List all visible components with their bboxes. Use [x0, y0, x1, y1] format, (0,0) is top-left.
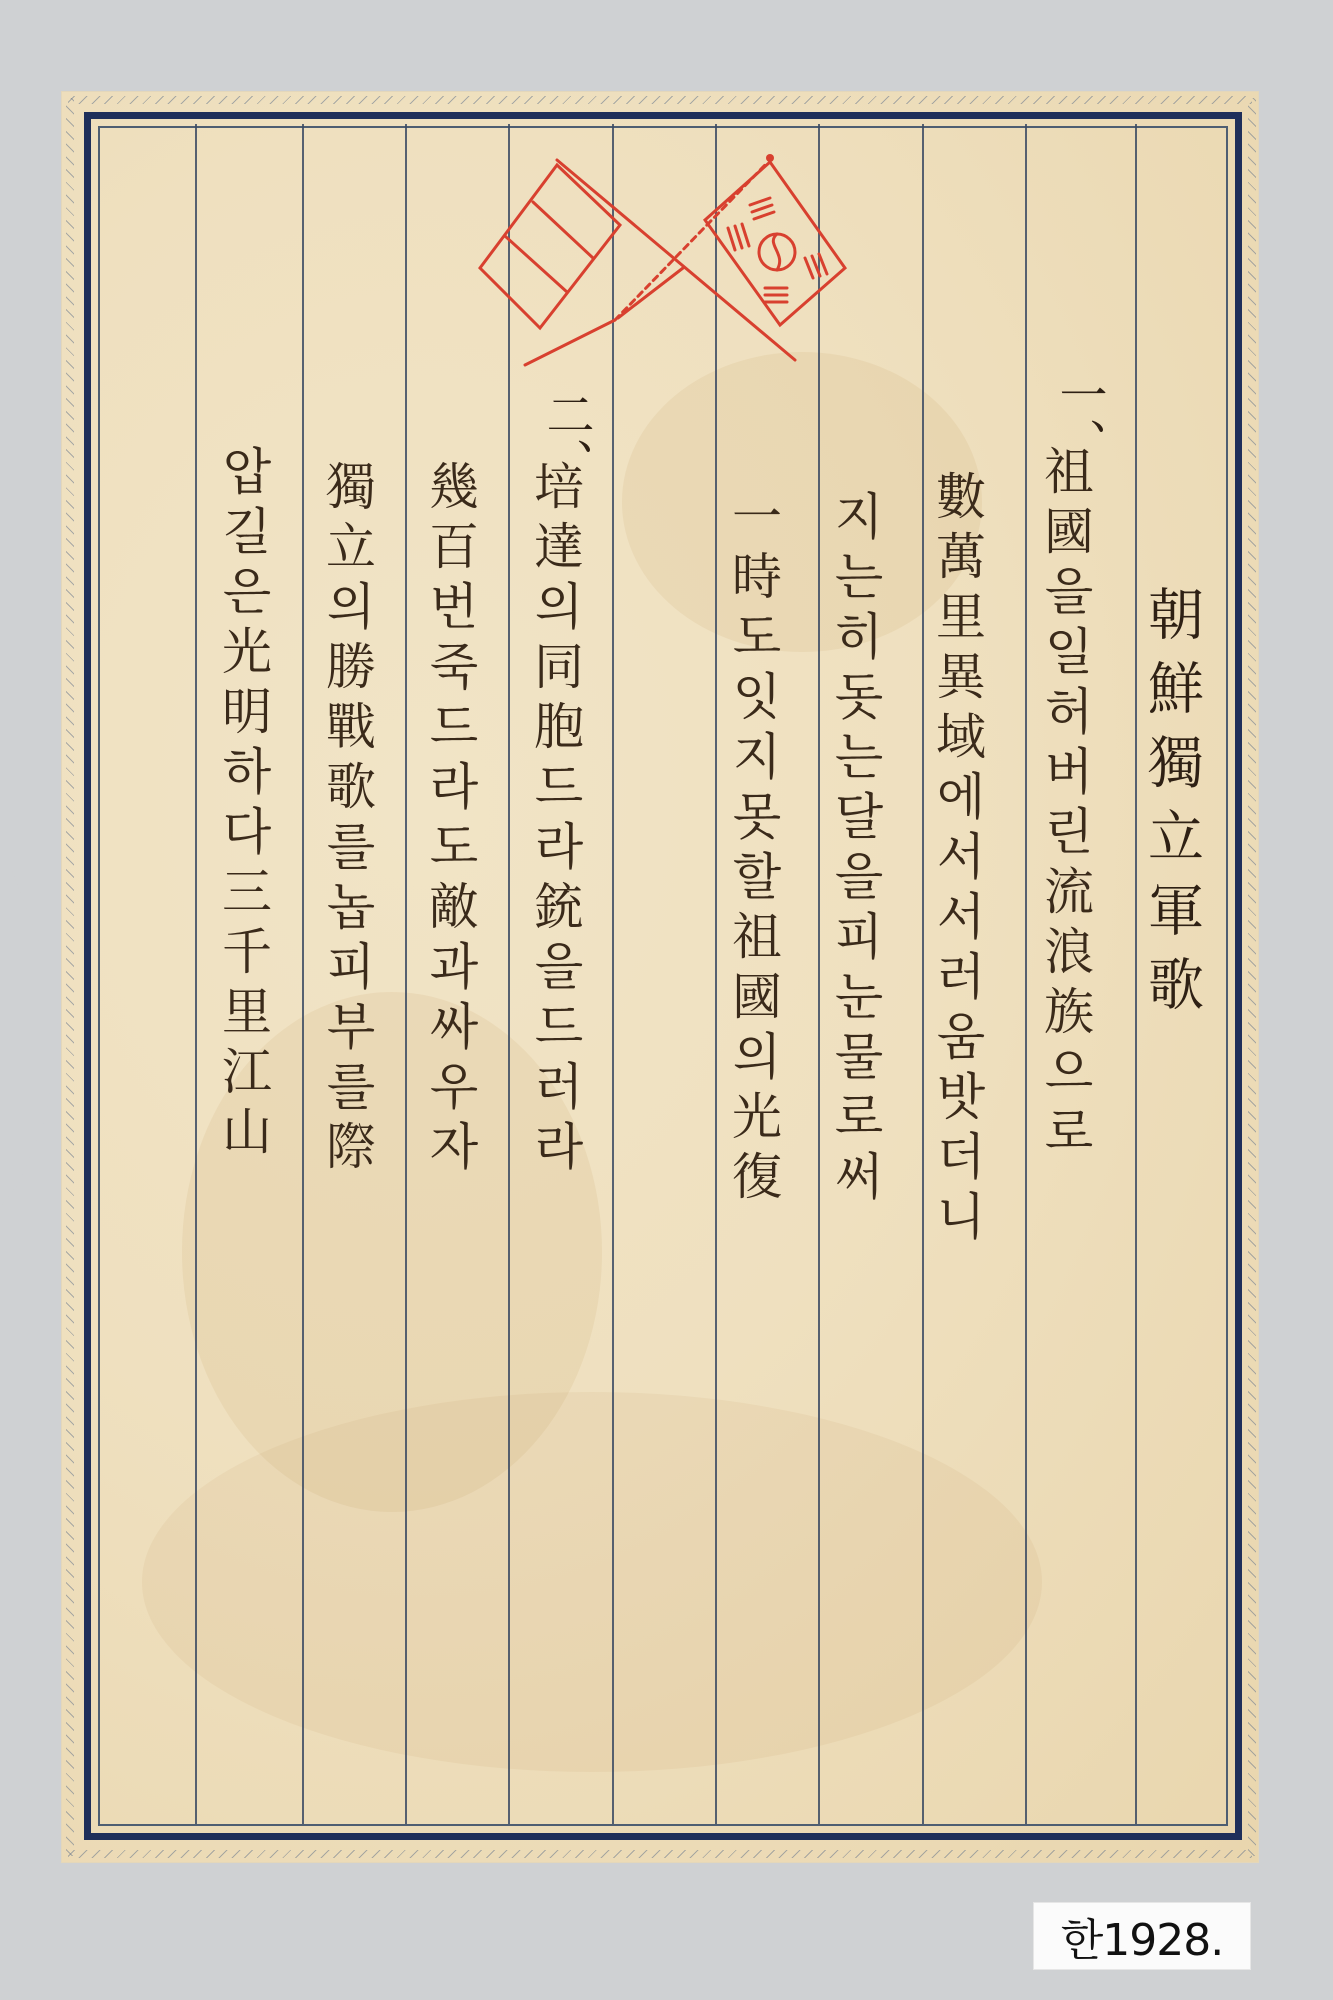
column-rule: [1025, 124, 1027, 1824]
column-rule: [612, 124, 614, 1824]
verse-line: 數萬里異域에서서러움밧더니: [932, 470, 982, 1250]
column-rule: [302, 124, 304, 1824]
column-rule: [405, 124, 407, 1824]
verse-line: 지는히돗는달을피눈물로써: [830, 490, 880, 1210]
verse-line: 압길은光明하다三千里江山: [218, 445, 268, 1165]
wavy-border-top: [68, 96, 1252, 104]
verse-line: 祖國을일허버린流浪族으로: [1040, 445, 1090, 1165]
verse-line: 培達의同胞드라銃을드러라: [530, 460, 580, 1180]
column-rule: [818, 124, 820, 1824]
accession-label: 한1928.: [1033, 1902, 1251, 1970]
column-rule: [1135, 124, 1137, 1824]
torn-notch: [0, 1420, 16, 1490]
column-rule: [195, 124, 197, 1824]
column-rule: [715, 124, 717, 1824]
tricolor-flag: [480, 165, 620, 328]
document-title: 朝鮮獨立軍歌: [1143, 585, 1199, 1029]
wavy-border-left: [66, 98, 74, 1856]
column-rule: [922, 124, 924, 1824]
torn-edge: [0, 870, 68, 1210]
wavy-border-right: [1248, 98, 1256, 1856]
verse-line: 一時도잇지못할祖國의光復: [728, 490, 778, 1210]
verse-line: 獨立의勝戰歌를놉피부를際: [322, 460, 372, 1180]
wavy-border-bottom: [68, 1850, 1252, 1858]
column-rule: [508, 124, 510, 1824]
crossed-flags-icon: [465, 140, 865, 370]
verse-line: 幾百번죽드라도敵과싸우자: [425, 460, 475, 1180]
